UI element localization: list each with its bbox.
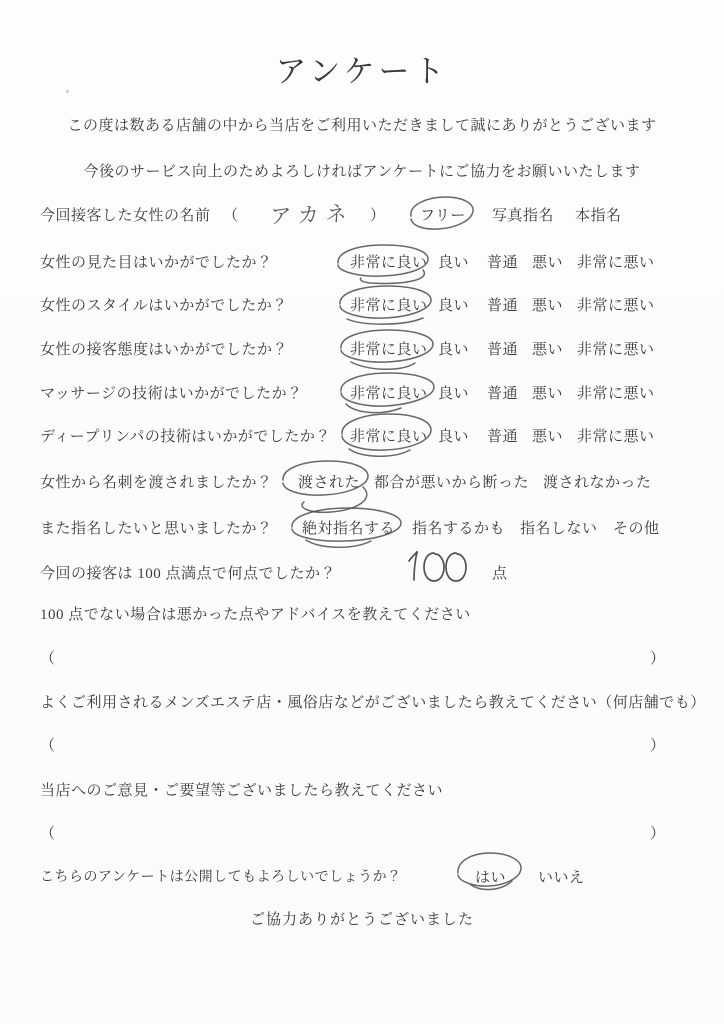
open-paren: （ bbox=[40, 822, 56, 843]
rating-option-selected: 非常に良い bbox=[350, 425, 428, 446]
open-paren: （ bbox=[223, 204, 239, 225]
rating-row-style: 女性のスタイルはいかがでしたか？ 非常に良い 良い 普通 悪い 非常に悪い bbox=[0, 294, 724, 318]
survey-scan-page: アンケート この度は数ある店舗の中から当店をご利用いただきまして誠にありがとうご… bbox=[0, 0, 724, 1024]
score-question-row: 今回の接客は 100 点満点で何点でしたか？ 点 bbox=[0, 562, 724, 586]
question-label: こちらのアンケートは公開してもよろしいでしょうか？ bbox=[40, 866, 402, 886]
name-row: 今回接客した女性の名前 （ アカネ ） フリー 写真指名 本指名 bbox=[0, 204, 724, 228]
rating-option: 悪い bbox=[532, 251, 563, 272]
opinion-question-row: 当店へのご意見・ご要望等ございましたら教えてください bbox=[0, 779, 724, 803]
rating-option: 悪い bbox=[532, 294, 563, 315]
question-label: また指名したいと思いましたか？ bbox=[40, 517, 273, 538]
rating-option: 非常に悪い bbox=[577, 294, 655, 315]
question-label: 100 点でない場合は悪かった点やアドバイスを教えてください bbox=[40, 603, 471, 624]
rating-option-selected: 非常に良い bbox=[350, 338, 428, 359]
handwritten-digit-1-hook bbox=[409, 552, 417, 561]
page-title: アンケート bbox=[0, 46, 724, 91]
rating-option: 良い bbox=[438, 294, 469, 315]
name-option-free-selected: フリー bbox=[420, 204, 466, 225]
close-paren: ） bbox=[650, 734, 666, 755]
publish-question-row: こちらのアンケートは公開してもよろしいでしょうか？ はい いいえ bbox=[0, 866, 724, 890]
question-label: 今回の接客は 100 点満点で何点でしたか？ bbox=[40, 562, 336, 583]
rating-row-attitude: 女性の接客態度はいかがでしたか？ 非常に良い 良い 普通 悪い 非常に悪い bbox=[0, 338, 724, 362]
opinion-answer-row: （ ） bbox=[0, 822, 724, 846]
rating-option-selected: 非常に良い bbox=[350, 294, 428, 315]
rating-option: 良い bbox=[438, 338, 469, 359]
circle-mark-rating-3-tail bbox=[351, 362, 415, 369]
close-paren: ） bbox=[650, 647, 666, 668]
rating-option: 普通 bbox=[487, 338, 518, 359]
rating-option: 普通 bbox=[487, 382, 518, 403]
advice-answer-row: （ ） bbox=[0, 647, 724, 671]
rating-option-selected: 非常に良い bbox=[350, 251, 428, 272]
repeat-question-row: また指名したいと思いましたか？ 絶対指名する 指名するかも 指名しない その他 bbox=[0, 517, 724, 541]
rating-option: 非常に悪い bbox=[577, 382, 655, 403]
card-option-declined: 都合が悪いから断った bbox=[374, 471, 529, 492]
rating-row-looks: 女性の見た目はいかがでしたか？ 非常に良い 良い 普通 悪い 非常に悪い bbox=[0, 251, 724, 275]
rating-option: 悪い bbox=[532, 425, 563, 446]
rating-option: 非常に悪い bbox=[577, 251, 655, 272]
question-label: よくご利用されるメンズエステ店・風俗店などがございましたら教えてください（何店舗… bbox=[40, 691, 706, 712]
rating-option-selected: 非常に良い bbox=[350, 382, 428, 403]
repeat-option-definitely-selected: 絶対指名する bbox=[302, 517, 395, 538]
rating-question-label: ディープリンパの技術はいかがでしたか？ bbox=[40, 425, 331, 446]
circle-mark-definitely-nominate-tail bbox=[306, 540, 371, 547]
rating-question-label: 女性のスタイルはいかがでしたか？ bbox=[40, 294, 288, 315]
rating-option: 良い bbox=[438, 382, 469, 403]
shops-question-row: よくご利用されるメンズエステ店・風俗店などがございましたら教えてください（何店舗… bbox=[0, 691, 724, 715]
rating-option: 悪い bbox=[532, 338, 563, 359]
advice-question-row: 100 点でない場合は悪かった点やアドバイスを教えてください bbox=[0, 603, 724, 627]
close-paren: ） bbox=[370, 204, 386, 225]
name-option-photo-shimei: 写真指名 bbox=[492, 204, 554, 225]
circle-mark-rating-2-tail bbox=[347, 318, 423, 324]
card-option-not-received: 渡されなかった bbox=[543, 471, 652, 492]
shops-answer-row: （ ） bbox=[0, 734, 724, 758]
rating-row-massage: マッサージの技術はいかがでしたか？ 非常に良い 良い 普通 悪い 非常に悪い bbox=[0, 382, 724, 406]
card-question-row: 女性から名刺を渡されましたか？ 渡された 都合が悪いから断った 渡されなかった bbox=[0, 471, 724, 495]
rating-question-label: 女性の見た目はいかがでしたか？ bbox=[40, 251, 273, 272]
rating-question-label: マッサージの技術はいかがでしたか？ bbox=[40, 382, 303, 403]
intro-line-2: 今後のサービス向上のためよろしければアンケートにご協力をお願いいたします bbox=[0, 160, 724, 181]
rating-option: 良い bbox=[438, 251, 469, 272]
open-paren: （ bbox=[40, 647, 56, 668]
publish-option-no: いいえ bbox=[538, 866, 585, 887]
name-question-label: 今回接客した女性の名前 bbox=[40, 204, 211, 225]
rating-option: 悪い bbox=[532, 382, 563, 403]
handwritten-name: アカネ bbox=[269, 198, 354, 231]
repeat-option-other: その他 bbox=[613, 517, 660, 538]
question-label: 当店へのご意見・ご要望等ございましたら教えてください bbox=[40, 779, 443, 800]
footer-thanks: ご協力ありがとうございました bbox=[0, 908, 724, 929]
open-paren: （ bbox=[40, 734, 56, 755]
rating-option: 非常に悪い bbox=[577, 338, 655, 359]
question-label: 女性から名刺を渡されましたか？ bbox=[40, 471, 273, 492]
scan-speck bbox=[66, 90, 69, 93]
rating-option: 良い bbox=[438, 425, 469, 446]
rating-option: 非常に悪い bbox=[577, 425, 655, 446]
repeat-option-maybe: 指名するかも bbox=[412, 517, 505, 538]
rating-option: 普通 bbox=[487, 251, 518, 272]
score-unit-label: 点 bbox=[492, 562, 508, 583]
rating-option: 普通 bbox=[487, 294, 518, 315]
repeat-option-no: 指名しない bbox=[520, 517, 598, 538]
rating-question-label: 女性の接客態度はいかがでしたか？ bbox=[40, 338, 288, 359]
rating-row-deep-lymph: ディープリンパの技術はいかがでしたか？ 非常に良い 良い 普通 悪い 非常に悪い bbox=[0, 425, 724, 449]
name-option-hon-shimei: 本指名 bbox=[575, 204, 622, 225]
close-paren: ） bbox=[650, 822, 666, 843]
circle-mark-rating-5-tail bbox=[349, 449, 410, 456]
publish-option-yes-selected: はい bbox=[475, 866, 506, 887]
card-option-received-selected: 渡された bbox=[298, 471, 360, 492]
intro-line-1: この度は数ある店舗の中から当店をご利用いただきまして誠にありがとうございます bbox=[0, 114, 724, 135]
rating-option: 普通 bbox=[487, 425, 518, 446]
